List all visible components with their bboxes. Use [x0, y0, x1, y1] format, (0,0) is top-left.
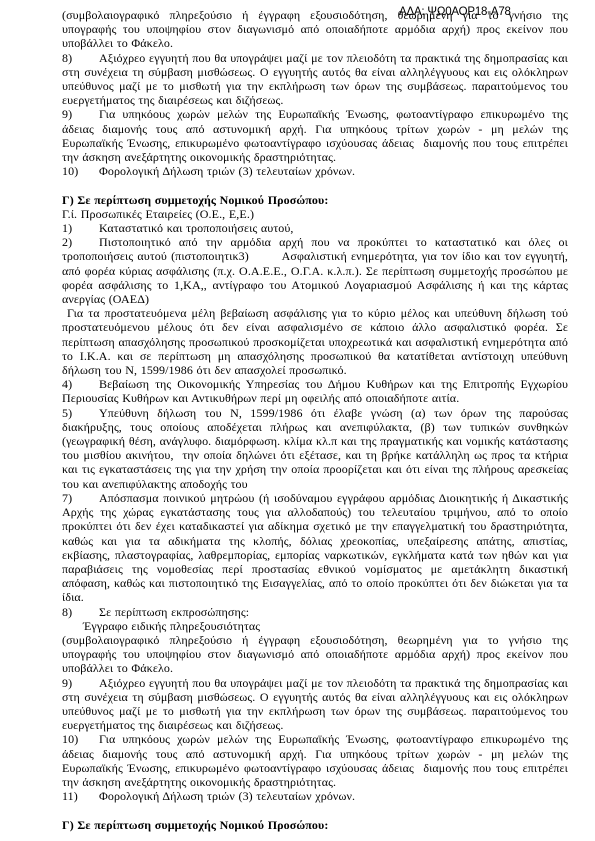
paragraph: 4)Βεβαίωση της Οικονομικής Υπηρεσίας του… — [62, 377, 568, 405]
paragraph: Έγγραφο ειδικής πληρεξουσιότητας — [62, 619, 568, 633]
document-content: (συμβολαιογραφικό πληρεξούσιο ή έγγραφη … — [62, 8, 568, 832]
paragraph: 10)Φορολογική Δήλωση τριών (3) τελευταίω… — [62, 164, 568, 178]
item-number: 2) — [62, 235, 99, 249]
section-heading: Γ) Σε περίπτωση συμμετοχής Νομικού Προσώ… — [62, 818, 568, 832]
paragraph: 1)Καταστατικό και τροποποιήσεις αυτού, — [62, 221, 568, 235]
item-number: 1) — [62, 221, 99, 235]
paragraph: Γ.ί. Προσωπικές Εταιρείες (Ο.Ε., Ε,Ε.) — [62, 207, 568, 221]
item-number: 8) — [62, 605, 99, 619]
paragraph: 5)Υπεύθυνη δήλωση του Ν, 1599/1986 ότι έ… — [62, 406, 568, 491]
paragraph: 8)Σε περίπτωση εκπροσώπησης: — [62, 605, 568, 619]
item-number: 8) — [62, 51, 99, 65]
item-number: 9) — [62, 107, 99, 121]
paragraph: 10)Για υπηκόους χωρών μελών της Ευρωπαϊκ… — [62, 732, 568, 789]
paragraph: (συμβολαιογραφικό πληρεξούσιο ή έγγραφη … — [62, 633, 568, 676]
paragraph: (συμβολαιογραφικό πληρεξούσιο ή έγγραφη … — [62, 8, 568, 51]
item-number: 10) — [62, 732, 99, 746]
paragraph: 11)Φορολογική Δήλωση τριών (3) τελευταίω… — [62, 789, 568, 803]
item-number: 5) — [62, 406, 99, 420]
item-number: 9) — [62, 676, 99, 690]
paragraph-spacer — [62, 178, 568, 192]
section-heading: Γ) Σε περίπτωση συμμετοχής Νομικού Προσώ… — [62, 193, 568, 207]
document-page: ΑΔΑ: ΨΩ0ΑΟΡ18-Α78 (συμβολαιογραφικό πληρ… — [0, 0, 595, 841]
paragraph: 2)Πιστοποιητικό από την αρμόδια αρχή που… — [62, 235, 568, 306]
paragraph: 7)Απόσπασμα ποινικού μητρώου (ή ισοδύναμ… — [62, 491, 568, 605]
item-number: 11) — [62, 789, 99, 803]
paragraph: 8)Αξιόχρεο εγγυητή που θα υπογράψει μαζί… — [62, 51, 568, 108]
paragraph: 9)Αξιόχρεο εγγυητή που θα υπογράψει μαζί… — [62, 676, 568, 733]
paragraph-spacer — [62, 803, 568, 817]
item-number: 4) — [62, 377, 99, 391]
item-number: 7) — [62, 491, 99, 505]
paragraph: Για τα προστατευόμενα μέλη βεβαίωση ασφά… — [62, 306, 568, 377]
item-number: 10) — [62, 164, 99, 178]
paragraph: 9)Για υπηκόους χωρών μελών της Ευρωπαϊκή… — [62, 107, 568, 164]
